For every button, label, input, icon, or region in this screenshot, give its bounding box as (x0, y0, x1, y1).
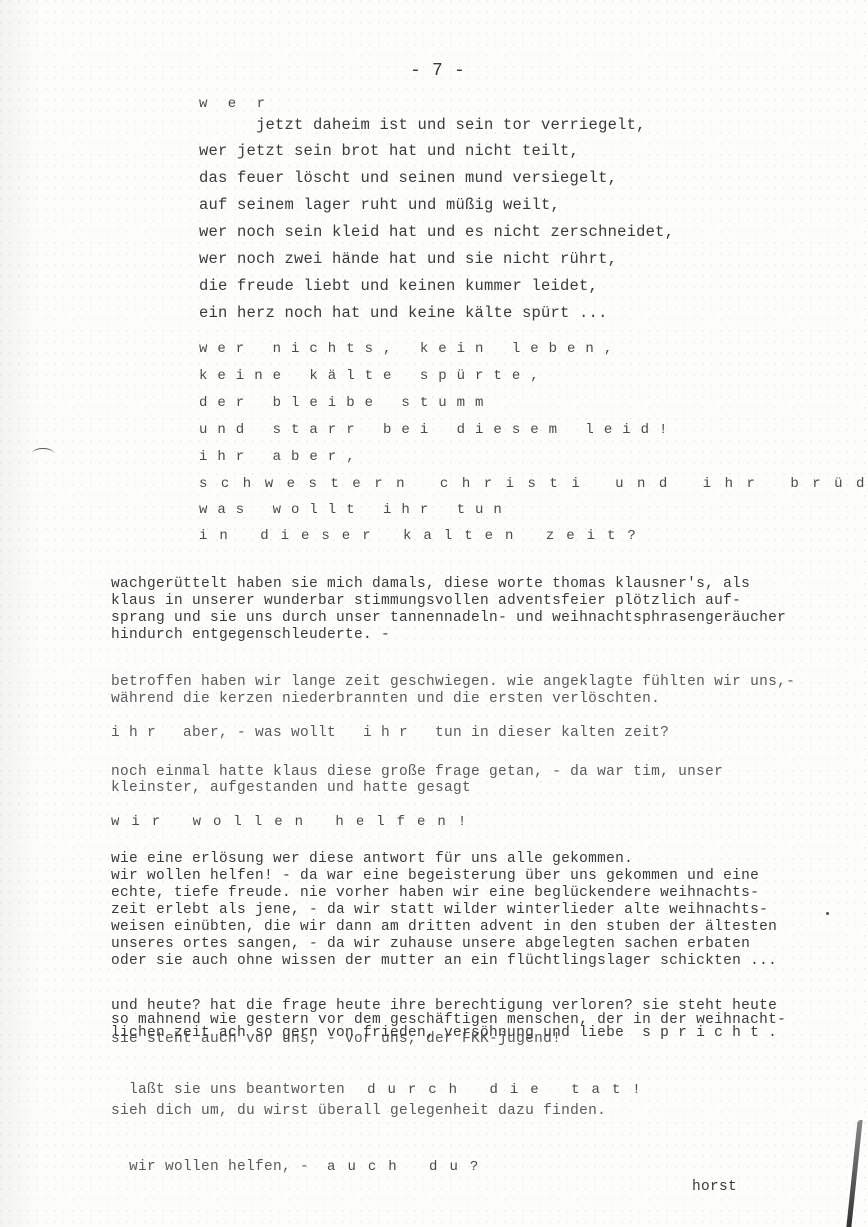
text-line: sprang und sie uns durch unser tannennad… (111, 609, 786, 627)
text-line: klaus in unserer wunderbar stimmungsvoll… (111, 592, 741, 610)
poem-line: und starr bei diesem leid! (199, 421, 677, 439)
poem-line: in dieser kalten zeit? (199, 527, 648, 545)
margin-mark (32, 448, 54, 459)
text-line: oder sie auch ohne wissen der mutter an … (111, 952, 777, 970)
exclamation-line: wir wollen helfen! (111, 813, 478, 831)
text-line: hindurch entgegenschleuderte. - (111, 626, 390, 644)
text-line: unseres ortes sangen, - da wir zuhause u… (111, 935, 750, 953)
paragraph-3: i h r aber, - was wollt i h r tun in die… (111, 724, 669, 742)
poem-line: ein herz noch hat und keine kälte spürt … (199, 304, 608, 322)
text-line: während die kerzen niederbrannten und di… (111, 690, 660, 708)
text-line: weisen einübten, die wir dann am dritten… (111, 918, 777, 936)
paragraph-9: wir wollen helfen, -auch du? (111, 1140, 490, 1176)
text-line: zeit erlebt als jene, - da wir statt wil… (111, 901, 768, 919)
poem-line: keine kälte spürte, (199, 367, 549, 385)
poem-line: das feuer löscht und seinen mund versieg… (199, 169, 617, 187)
signature: horst (692, 1178, 737, 1196)
text-line: wachgerüttelt haben sie mich damals, die… (111, 575, 750, 593)
page-edge-shadow (846, 1120, 862, 1227)
text-fragment: wir wollen helfen, - (129, 1159, 309, 1175)
text-line: wir wollen helfen! - da war eine begeist… (111, 867, 759, 885)
paragraph-7: laßt sie uns beantwortendurch die tat! (111, 1063, 653, 1099)
poem-line: schwestern christi und ihr brüder, (199, 475, 868, 493)
poem-line: der bleibe stumm (199, 394, 493, 412)
poem-line: wer noch sein kleid hat und es nicht zer… (199, 223, 674, 241)
poem-line: wer jetzt sein brot hat und nicht teilt, (199, 142, 579, 160)
text-line: wie eine erlösung wer diese antwort für … (111, 850, 633, 868)
spaced-emphasis: auch du? (327, 1159, 490, 1175)
poem-line: die freude liebt und keinen kummer leide… (199, 277, 598, 295)
poem-line: auf seinem lager ruht und müßig weilt, (199, 196, 560, 214)
poem-line: ihr aber, (199, 448, 365, 466)
page-number: - 7 - (410, 62, 465, 80)
poem-line: wer nichts, kein leben, (199, 340, 622, 358)
text-line: kleinster, aufgestanden und hatte gesagt (111, 779, 471, 797)
poem-line: wer noch zwei hände hat und sie nicht rü… (199, 250, 617, 268)
paragraph-8: sieh dich um, du wirst überall gelegenhe… (111, 1102, 606, 1120)
text-line: echte, tiefe freude. nie vorher haben wi… (111, 884, 759, 902)
poem-line: w e r (199, 95, 271, 113)
ink-speck (826, 912, 829, 915)
poem-line: was wollt ihr tun (199, 501, 512, 519)
poem-line: jetzt daheim ist und sein tor verriegelt… (199, 116, 646, 134)
text-fragment: laßt sie uns beantworten (129, 1082, 345, 1098)
spaced-emphasis: durch die tat! (367, 1082, 653, 1098)
text-line-overtyped: sie steht auch vor uns, - vor uns, der F… (111, 1030, 561, 1048)
text-line: betroffen haben wir lange zeit geschwieg… (111, 673, 795, 691)
